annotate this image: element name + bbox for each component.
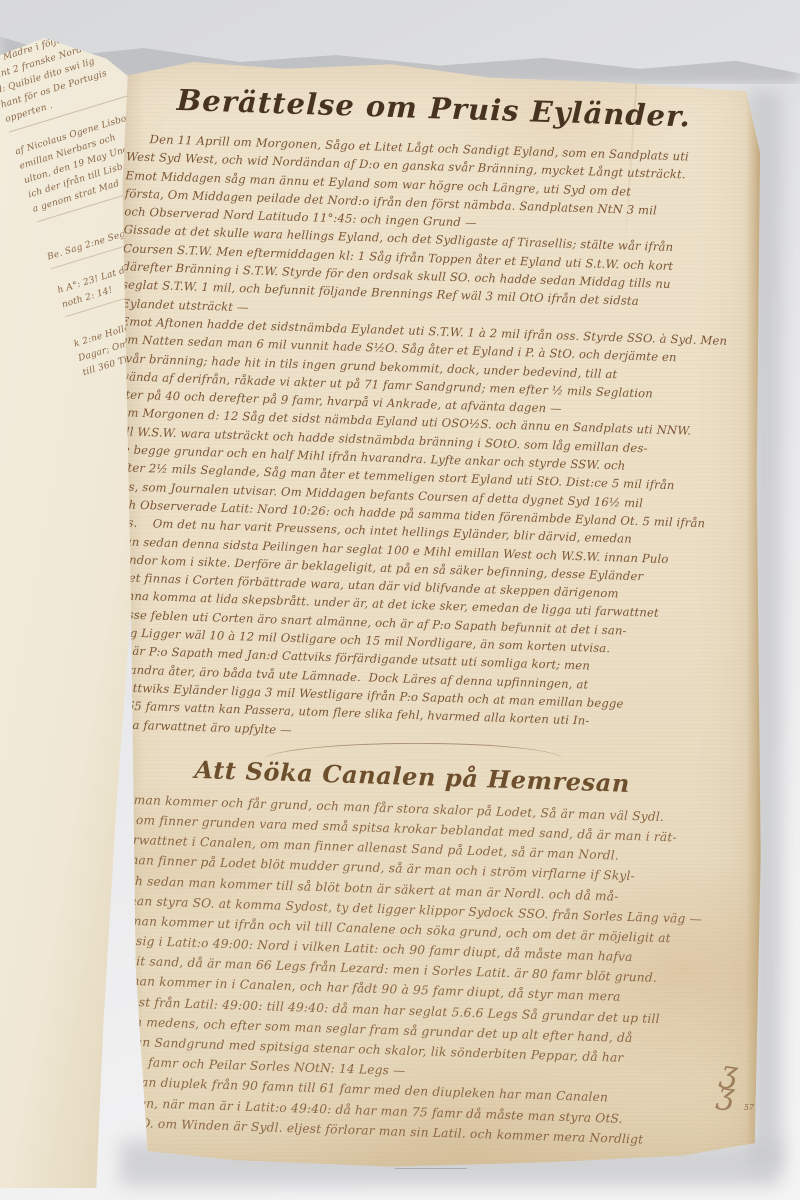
backdrop-mark — [395, 1168, 467, 1169]
page-content: Berättelse om Pruis Eyländer. Den 11 Apr… — [95, 77, 741, 1151]
corner-pen-flourish: ʒ ʒ — [716, 1061, 739, 1107]
section-title-pruis-eylander: Berättelse om Pruis Eyländer. — [127, 81, 740, 135]
section-canalen-body: När man kommer och får grund, och man få… — [95, 789, 718, 1152]
flourish-glyph: ʒ — [715, 1076, 737, 1113]
manuscript-photo: till Madre i följe vidfant 2 franske Nor… — [0, 0, 800, 1200]
manuscript-page: Berättelse om Pruis Eyländer. Den 11 Apr… — [100, 52, 762, 1170]
section-pruis-eylander-body: Den 11 Aprill om Morgonen, Sågo et Litet… — [107, 129, 738, 752]
folio-number: 57 — [744, 1103, 754, 1112]
